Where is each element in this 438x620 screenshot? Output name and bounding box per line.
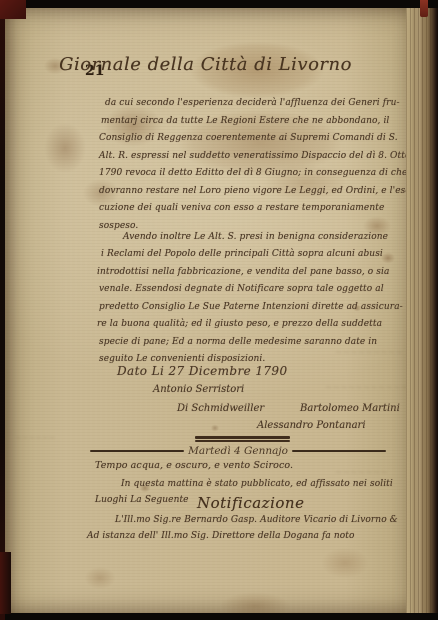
paragraph2-line: Avendo inoltre Le Alt. S. presi in benig… — [123, 232, 388, 242]
entry-rule-left — [90, 450, 184, 452]
signature: Di Schmidweiller — [177, 403, 264, 414]
weather-line: Tempo acqua, e oscuro, e vento Sciroco. — [95, 460, 293, 471]
notification-title: Notificazione — [197, 494, 304, 512]
paragraph1-line: 1790 revoca il detto Editto del dì 8 Giu… — [99, 168, 407, 178]
paragraph1-line: Consiglio di Reggenza coerentemente ai S… — [99, 133, 398, 143]
paragraph1-line: cuzione dei quali veniva con esso a rest… — [99, 203, 384, 213]
bleedthrough-smudge: ~~~~~~~ — [335, 468, 388, 478]
frame-left — [0, 0, 5, 620]
binding-corner-top-left — [0, 0, 26, 19]
notification-line: L'Ill.mo Sig.re Bernardo Gasp. Auditore … — [115, 515, 398, 525]
bleedthrough-smudge: ~~~~~~~~~ — [335, 348, 403, 358]
paragraph2-line: introdottisi nella fabbricazione, e vend… — [97, 267, 389, 277]
book-clasp — [420, 0, 428, 17]
signature: Alessandro Pontanari — [257, 420, 366, 431]
paragraph2-line: venale. Essendosi degnate di Notificare … — [99, 284, 384, 294]
closing-rule-top — [195, 436, 290, 439]
paragraph2-line: re la buona qualità; ed il giusto peso, … — [97, 319, 382, 329]
frame-bottom — [0, 613, 438, 620]
entry-date-header: Martedì 4 Gennajo — [184, 445, 292, 457]
page-title: Giornale della Città di Livorno — [5, 54, 406, 75]
paragraph1-line: da cui secondo l'esperienza deciderà l'a… — [105, 98, 400, 108]
entry-line: Luoghi La Seguente — [95, 495, 189, 505]
book-page-edges — [406, 8, 438, 613]
paragraph2-line: i Reclami del Popolo delle principali Ci… — [101, 249, 383, 259]
paragraph2-line: seguito Le convenienti disposizioni. — [99, 354, 265, 364]
entry-line: In questa mattina è stato pubblicato, ed… — [121, 479, 393, 489]
entry-header-row: Martedì 4 Gennajo — [90, 445, 386, 457]
paragraph1-line: mentarj circa da tutte Le Regioni Estere… — [101, 116, 389, 126]
bleedthrough-smudge: ~~~~~~ — [15, 433, 55, 442]
paragraph2-line: specie di pane; Ed a norma delle medesim… — [99, 337, 377, 347]
paragraph1-line: Alt. R. espressi nel suddetto veneratiss… — [99, 151, 426, 161]
paragraph1-line: sospeso. — [99, 221, 138, 231]
closing-rule-bottom — [195, 440, 290, 442]
manuscript-page: ~~~~~~~~~ ~~~~~~~~~~~ ~~~~~~ ~~~~~~~ 21 … — [5, 8, 406, 613]
notification-line: Ad istanza dell' Ill.mo Sig. Direttore d… — [87, 531, 354, 541]
frame-top — [0, 0, 438, 8]
signature: Bartolomeo Martini — [300, 403, 400, 414]
manuscript-scan: ~~~~~~~~~ ~~~~~~~~~~~ ~~~~~~ ~~~~~~~ 21 … — [0, 0, 438, 620]
dateline: Dato Li 27 Dicembre 1790 — [117, 364, 287, 378]
binding-corner-bottom-left — [0, 552, 11, 614]
bleedthrough-smudge: ~~~~~~~~~~~ — [325, 383, 408, 393]
paragraph2-line: predetto Consiglio Le Sue Paterne Intenz… — [99, 302, 403, 312]
paragraph1-line: dovranno restare nel Loro pieno vigore L… — [99, 186, 414, 196]
entry-rule-right — [292, 450, 386, 452]
signature: Antonio Serristori — [153, 384, 244, 395]
